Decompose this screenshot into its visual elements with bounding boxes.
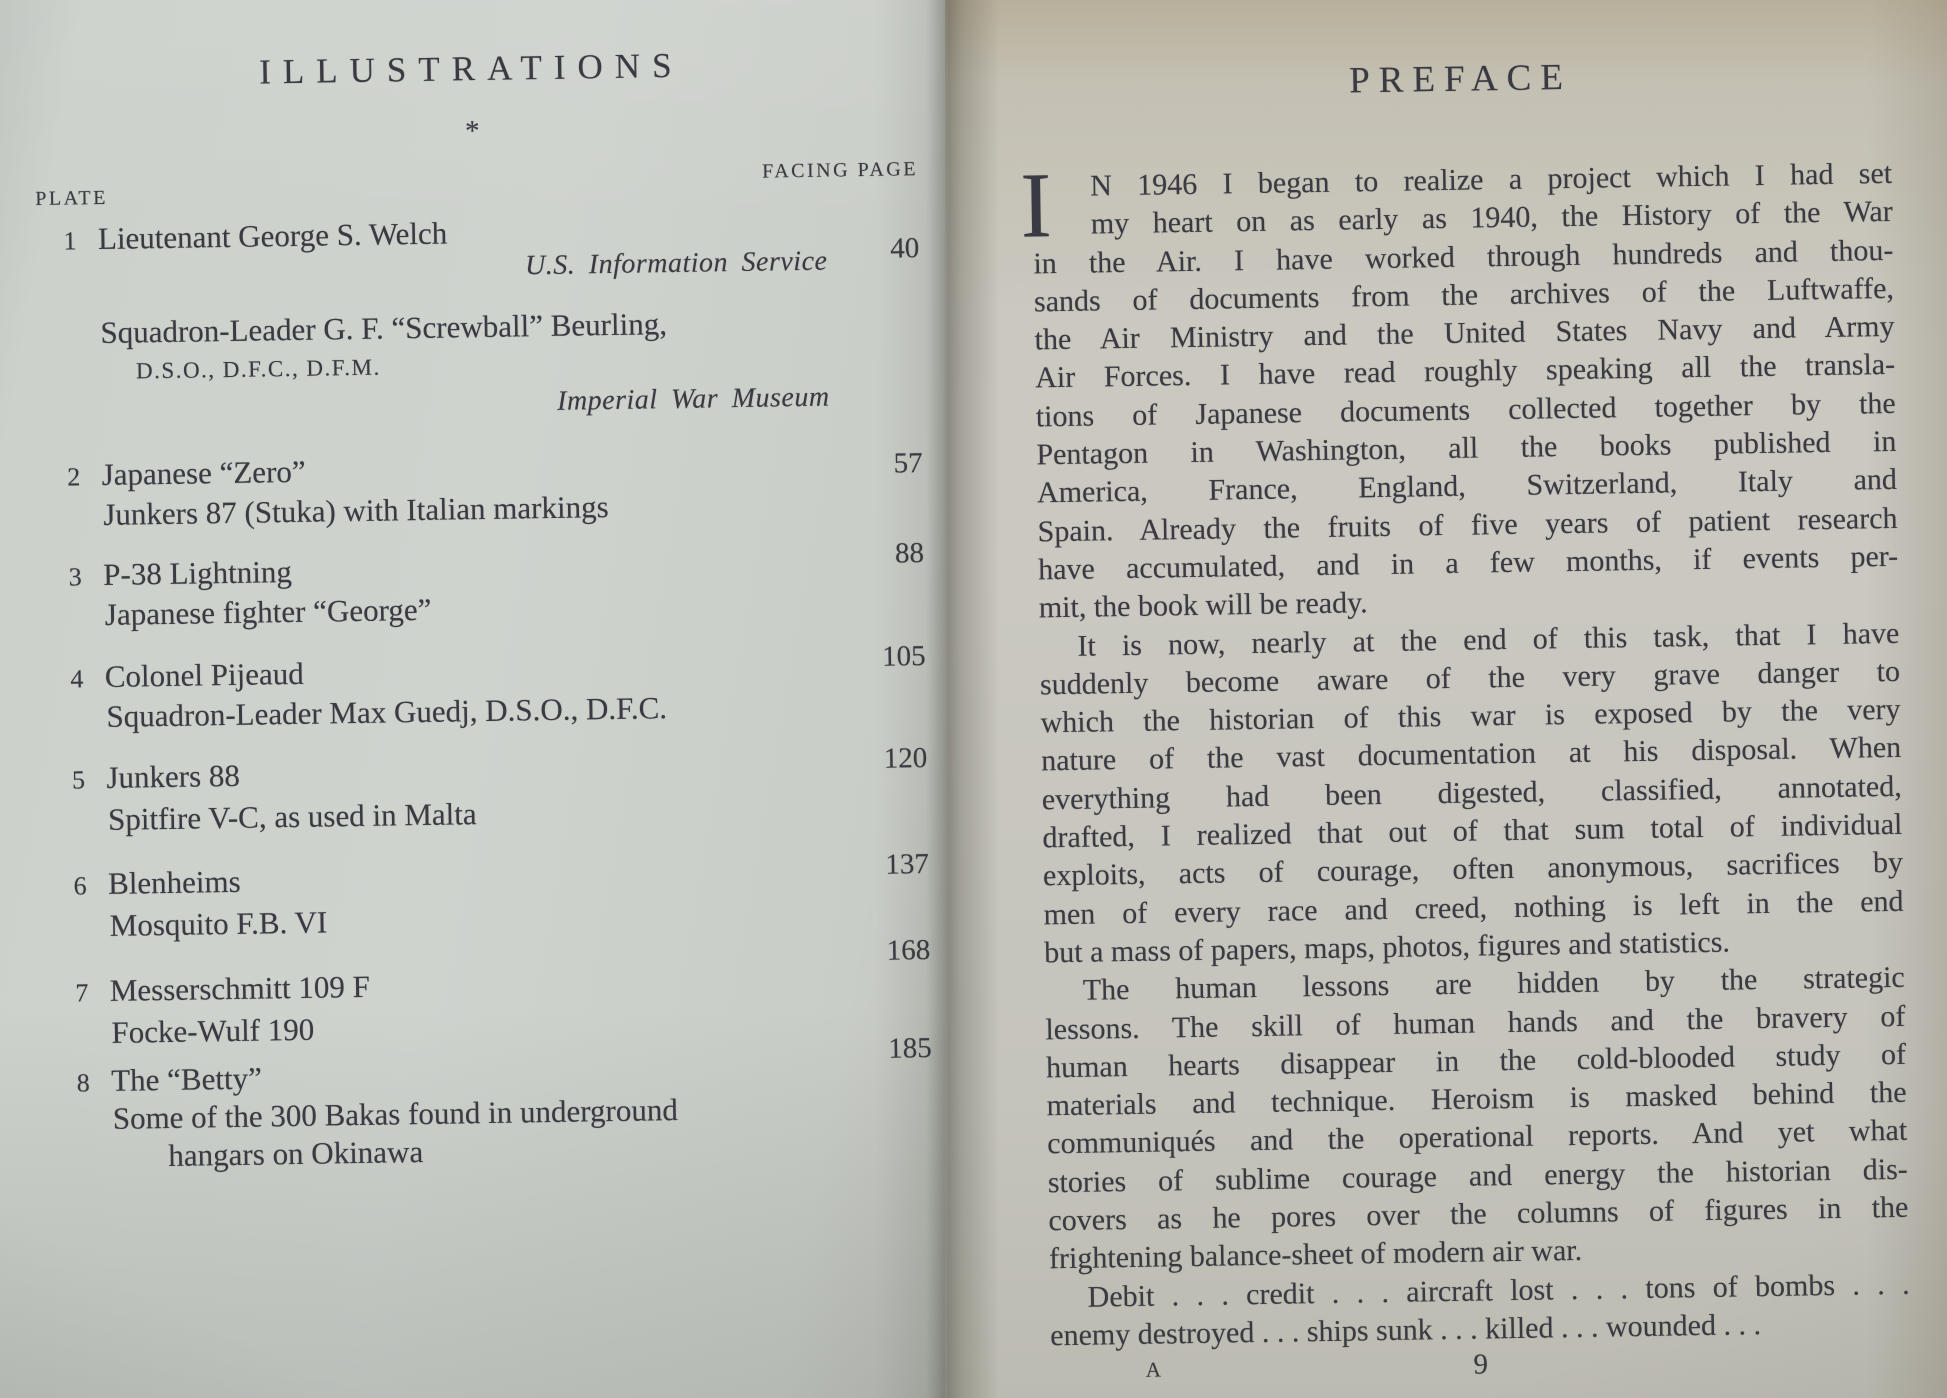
book-photo: ILLUSTRATIONS * PLATE FACING PAGE 1Lieut… [0,0,1947,1398]
plate-title: Squadron-Leader G. F. “Screwball” Beurli… [100,306,667,350]
illustrations-title: ILLUSTRATIONS [31,42,912,96]
facing-page-column-header: FACING PAGE [762,158,918,183]
preface-body: N 1946 I began to realize a project whic… [1032,155,1911,1356]
plate-entry-continued: Squadron-Leader Max Guedj, D.S.O., D.F.C… [106,690,667,735]
plate-number: 1 [52,226,88,257]
page-preface: PREFACE I N 1946 I began to realize a pr… [945,0,1947,1398]
facing-page-number: 57 [832,447,923,481]
facing-page-number: 168 [840,934,931,968]
plate-entry-continued: Focke-Wulf 190 [111,1012,314,1051]
plate-entry: 1Lieutenant George S. Welch [52,216,448,258]
plate-entry: 5Junkers 88 [60,758,240,797]
page-illustrations: ILLUSTRATIONS * PLATE FACING PAGE 1Lieut… [0,0,945,1398]
plate-column-header: PLATE [35,187,108,211]
plate-title: Junkers 88 [106,758,240,795]
plate-number: 2 [55,462,91,493]
plate-entry-continued: Spitfire V-C, as used in Malta [108,796,477,838]
plate-title: Junkers 87 (Stuka) with Italian markings [103,489,609,532]
plate-number: 4 [59,664,95,695]
plate-number: 5 [60,765,96,796]
plate-entry: 8The “Betty” [65,1061,262,1100]
plate-title: Messerschmitt 109 F [110,969,371,1008]
plate-title: Lieutenant George S. Welch [98,216,448,256]
plate-title: Spitfire V-C, as used in Malta [108,796,477,837]
plate-entry-continued: Japanese fighter “George” [105,592,432,633]
facing-page-number: 105 [835,640,926,674]
plate-entry: 6Blenheims [62,864,241,903]
plate-title: Japanese fighter “George” [105,592,432,632]
plate-title: Japanese “Zero” [101,454,305,492]
credit-text: Imperial War Museum [557,382,830,417]
facing-page-number: 120 [837,742,928,776]
plate-entry-continued: Mosquito F.B. VI [109,904,327,943]
illustrations-content: ILLUSTRATIONS * PLATE FACING PAGE 1Lieut… [0,0,957,1398]
plate-number: 6 [62,871,98,902]
facing-page-number: 40 [829,232,920,266]
plate-title: Squadron-Leader Max Guedj, D.S.O., D.F.C… [106,690,667,734]
plate-entry-continued: Squadron-Leader G. F. “Screwball” Beurli… [100,306,667,351]
preface-title: PREFACE [1030,51,1891,108]
divider-asterisk: * [32,108,912,155]
plate-title: Blenheims [108,864,241,901]
plate-number: 8 [65,1068,101,1099]
plate-entry: 2Japanese “Zero” [55,454,305,494]
plate-title: P-38 Lightning [103,554,292,592]
plate-entry-continued: Some of the 300 Bakas found in undergrou… [113,1092,679,1137]
photo-credit: U.S. Information Service [525,246,828,283]
photo-credit: Imperial War Museum [557,382,830,418]
preface-content: PREFACE I N 1946 I began to realize a pr… [934,0,1947,1398]
plate-title: hangars on Okinawa [168,1134,423,1173]
plate-title: The “Betty” [111,1061,262,1098]
plate-entry: 7Messerschmitt 109 F [64,969,371,1010]
decorations-abbreviations: D.S.O., D.F.C., D.F.M. [136,355,381,385]
abbrev-text: D.S.O., D.F.C., D.F.M. [136,355,381,384]
facing-page-number: 185 [842,1032,933,1066]
plate-entry-continued: hangars on Okinawa [168,1134,423,1174]
facing-page-number: 137 [839,848,930,882]
plate-title: Some of the 300 Bakas found in undergrou… [113,1092,679,1136]
plate-entry-continued: Junkers 87 (Stuka) with Italian markings [103,489,609,533]
credit-text: U.S. Information Service [525,246,828,282]
plate-entry: 3P-38 Lightning [57,554,292,594]
plate-title: Colonel Pijeaud [105,656,304,694]
plate-number: 3 [57,562,93,593]
facing-page-number: 88 [834,537,925,571]
plate-entry: 4Colonel Pijeaud [59,656,304,696]
plate-title: Mosquito F.B. VI [109,904,327,942]
plate-title: Focke-Wulf 190 [111,1012,314,1050]
plate-number: 7 [64,978,100,1009]
